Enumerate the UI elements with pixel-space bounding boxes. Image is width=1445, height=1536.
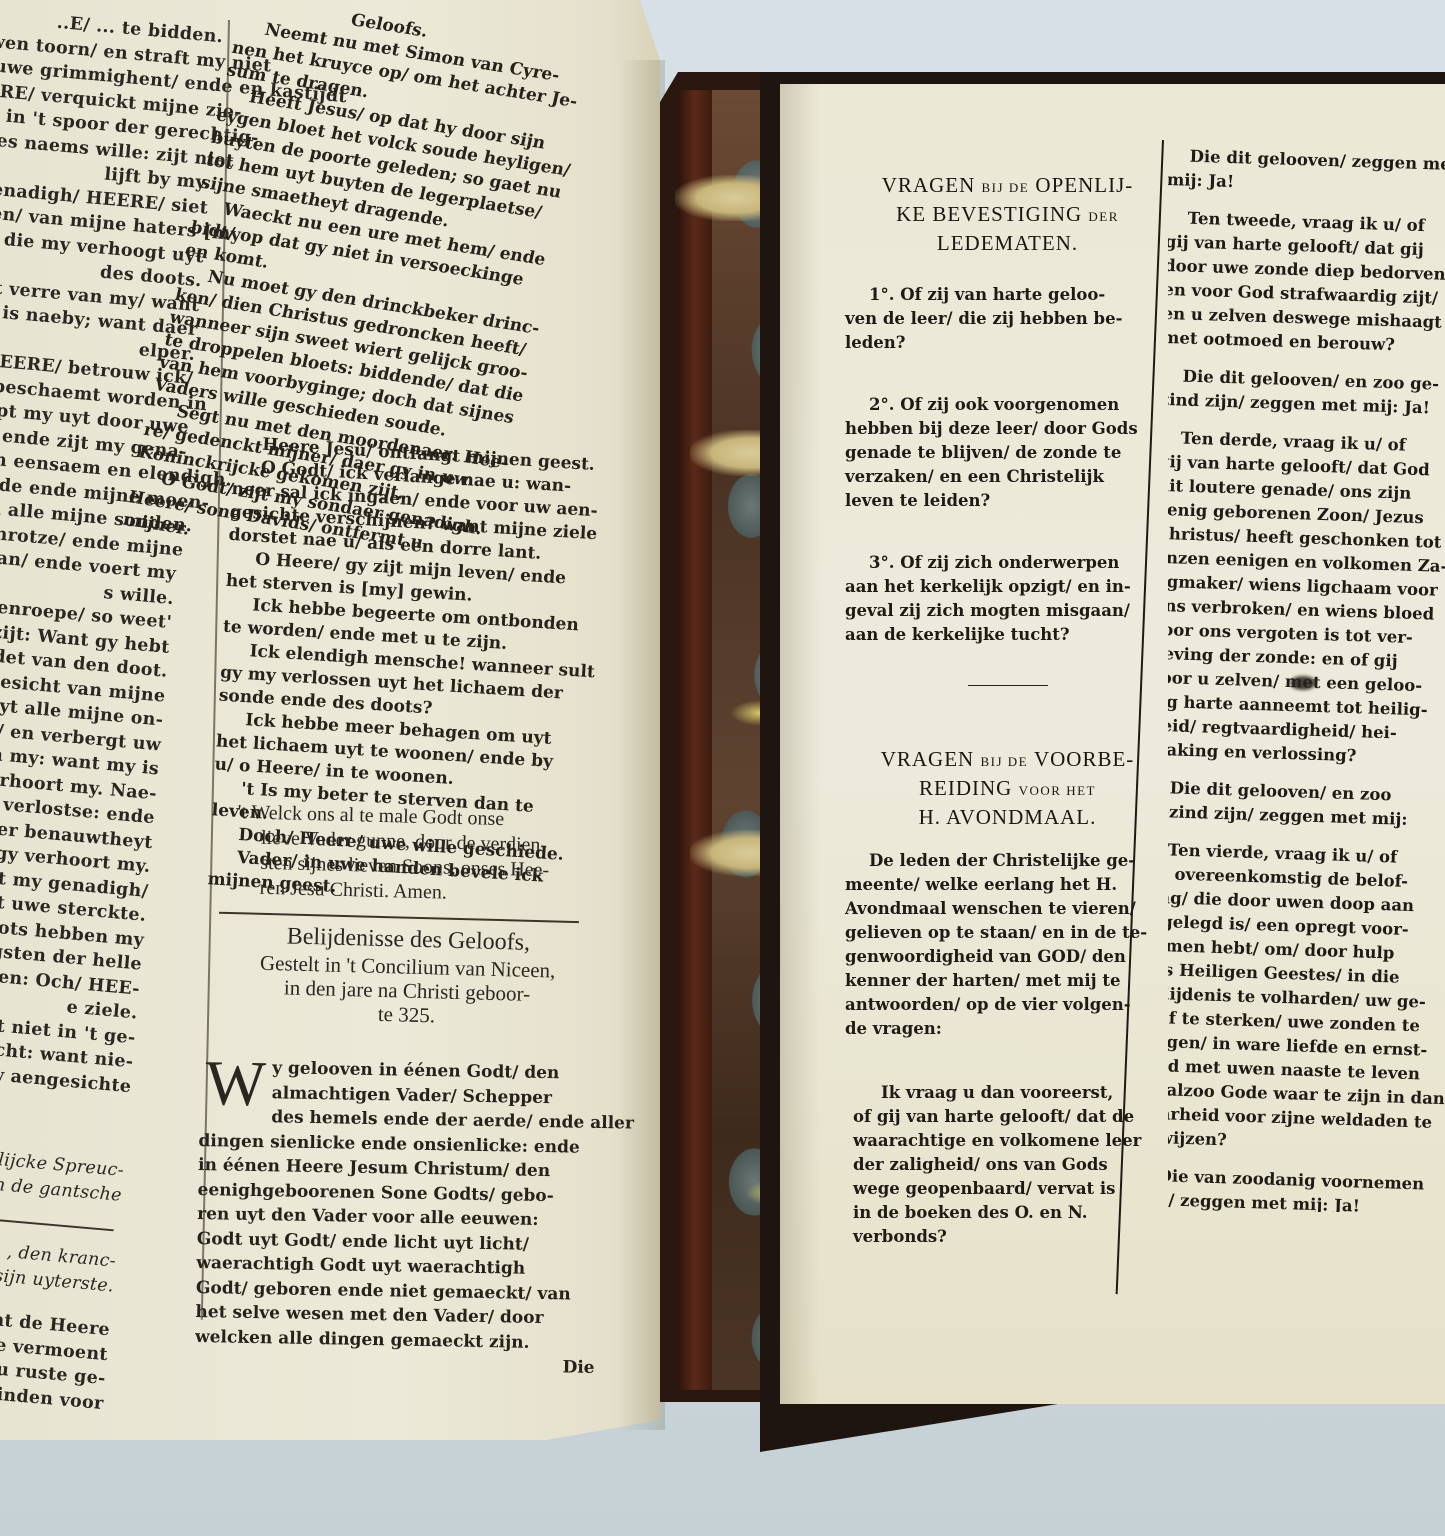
heading-line: VRAGEN BIJ DE OPENLIJ- xyxy=(845,172,1170,201)
text-line: ven de leer/ die zij hebben be- xyxy=(845,307,1170,331)
text-line: de vragen: xyxy=(845,1017,1170,1041)
heading-text: H. AVONDMAAL. xyxy=(919,805,1097,829)
heading-text: VOORBE- xyxy=(1028,747,1134,771)
communion-intro: De leden der Christelijke ge-meente/ wel… xyxy=(845,849,1170,1041)
text-line: in de boeken des O. en N. xyxy=(845,1201,1170,1225)
heading-text: DER xyxy=(1088,209,1119,224)
question-item: 2°. Of zij ook voorgenomenhebben bij dez… xyxy=(845,393,1170,513)
heading-text: REIDING xyxy=(919,776,1019,800)
text-line: hebben bij deze leer/ door Gods xyxy=(845,417,1170,441)
text-line: meente/ welke eerlang het H. xyxy=(845,873,1170,897)
text-line: 2°. Of zij ook voorgenomen xyxy=(845,393,1170,417)
text-line: gelieven op te staan/ en in de te- xyxy=(845,921,1170,945)
heading-text: LEDEMATEN. xyxy=(937,231,1078,255)
section-heading-confirmation: VRAGEN BIJ DE OPENLIJ-KE BEVESTIGING DER… xyxy=(845,172,1170,257)
text-line: Ik vraag u dan vooreerst, xyxy=(845,1081,1170,1105)
drop-cap: W xyxy=(205,1057,266,1110)
creed-subtitle: Gestelt in 't Concilium van Niceen,in de… xyxy=(226,950,588,1031)
heading-line: VRAGEN BIJ DE VOORBE- xyxy=(845,746,1170,775)
section-rule xyxy=(0,1208,114,1231)
section-heading-communion: VRAGEN BIJ DE VOORBE-REIDING VOOR HETH. … xyxy=(845,746,1170,831)
section-divider xyxy=(968,685,1048,686)
heading-text: KE BEVESTIGING xyxy=(896,202,1088,226)
text-line: 3°. Of zij zich onderwerpen xyxy=(845,551,1170,575)
text-line: genwoordigheid van GOD/ den xyxy=(845,945,1170,969)
question-item: 3°. Of zij zich onderwerpenaan het kerke… xyxy=(845,551,1170,647)
closing-and-creed-heading: 't Welck ons al te male Godt onselieve V… xyxy=(226,800,592,1031)
heading-line: KE BEVESTIGING DER xyxy=(845,201,1170,230)
heading-text: BIJ DE xyxy=(982,180,1030,195)
heading-text: VRAGEN xyxy=(882,173,982,197)
text-line: antwoorden/ op de vier volgen- xyxy=(845,993,1170,1017)
text-line: leden? xyxy=(845,331,1170,355)
right-page-column-1: VRAGEN BIJ DE OPENLIJ-KE BEVESTIGING DER… xyxy=(845,172,1170,1249)
heading-text: VRAGEN xyxy=(881,747,981,771)
text-line: leven te leiden? xyxy=(845,489,1170,513)
right-page-gutter-shadow xyxy=(780,84,820,1404)
nicene-creed-text: W y gelooven in éénen Godt/ denalmachtig… xyxy=(194,1055,599,1380)
spine-leather-strip xyxy=(678,90,714,1390)
heading-line: REIDING VOOR HET xyxy=(845,775,1170,804)
text-line: verbonds? xyxy=(845,1225,1170,1249)
heading-text: BIJ DE xyxy=(980,754,1028,769)
closing-prayer: 't Welck ons al te male Godt onselieve V… xyxy=(229,800,591,909)
text-line: 1°. Of zij van harte geloo- xyxy=(845,283,1170,307)
text-line: genade te blijven/ de zonde te xyxy=(845,441,1170,465)
text-line: aan het kerkelijk opzigt/ en in- xyxy=(845,575,1170,599)
heading-line: LEDEMATEN. xyxy=(845,230,1170,257)
text-line: aan de kerkelijke tucht? xyxy=(845,623,1170,647)
heading-line: H. AVONDMAAL. xyxy=(845,804,1170,831)
confirmation-questions: 1°. Of zij van harte geloo-ven de leer/ … xyxy=(845,283,1170,647)
text-line: verzaken/ en een Christelijk xyxy=(845,465,1170,489)
text-line: kenner der harten/ met mij te xyxy=(845,969,1170,993)
heading-text: OPENLIJ- xyxy=(1029,173,1133,197)
left-page-column-2: Geloofs. Neemt nu met Simon van Cyre-nen… xyxy=(245,0,615,544)
ink-stain xyxy=(1290,676,1316,690)
text-line: De leden der Christelijke ge- xyxy=(845,849,1170,873)
left-page-gutter-shadow xyxy=(620,60,665,1430)
text-line: geval zij zich mogten misgaan/ xyxy=(845,599,1170,623)
text-line: of gij van harte gelooft/ dat de xyxy=(845,1105,1170,1129)
text-line: Avondmaal wenschen te vieren/ xyxy=(845,897,1170,921)
heading-text: VOOR HET xyxy=(1019,783,1096,798)
question-item: 1°. Of zij van harte geloo-ven de leer/ … xyxy=(845,283,1170,355)
